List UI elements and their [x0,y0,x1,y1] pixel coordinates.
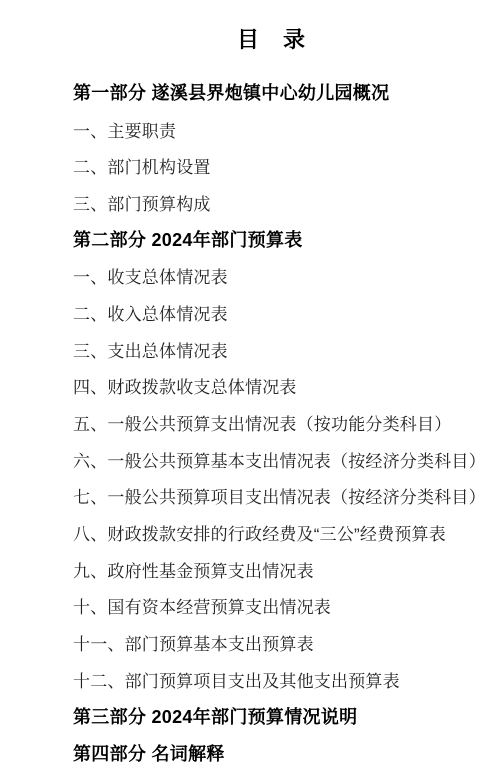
toc-item: 二、部门机构设置 [73,147,470,184]
toc-item: 十一、部门预算基本支出预算表 [73,624,470,661]
toc-part-heading: 第三部分 2024年部门预算情况说明 [73,698,470,735]
toc-item: 二、收入总体情况表 [73,294,470,331]
toc-item: 四、财政拨款收支总体情况表 [73,368,470,405]
toc-item: 七、一般公共预算项目支出情况表（按经济分类科目） [73,478,470,515]
toc-item: 一、主要职责 [73,111,470,148]
toc-item: 五、一般公共预算支出情况表（按功能分类科目） [73,404,470,441]
document-page: 目 录 第一部分 遂溪县界炮镇中心幼儿园概况一、主要职责二、部门机构设置三、部门… [0,0,499,780]
toc-item: 六、一般公共预算基本支出情况表（按经济分类科目） [73,441,470,478]
toc-list: 第一部分 遂溪县界炮镇中心幼儿园概况一、主要职责二、部门机构设置三、部门预算构成… [73,74,470,771]
toc-item: 八、财政拨款安排的行政经费及“三公”经费预算表 [73,514,470,551]
toc-part-heading: 第二部分 2024年部门预算表 [73,221,470,258]
toc-part-heading: 第四部分 名词解释 [73,734,470,771]
toc-content: 目 录 第一部分 遂溪县界炮镇中心幼儿园概况一、主要职责二、部门机构设置三、部门… [0,0,499,771]
toc-title: 目 录 [73,26,470,54]
toc-item: 九、政府性基金预算支出情况表 [73,551,470,588]
toc-item: 一、收支总体情况表 [73,257,470,294]
toc-item: 三、部门预算构成 [73,184,470,221]
toc-item: 十二、部门预算项目支出及其他支出预算表 [73,661,470,698]
toc-part-heading: 第一部分 遂溪县界炮镇中心幼儿园概况 [73,74,470,111]
toc-item: 三、支出总体情况表 [73,331,470,368]
toc-item: 十、国有资本经营预算支出情况表 [73,588,470,625]
